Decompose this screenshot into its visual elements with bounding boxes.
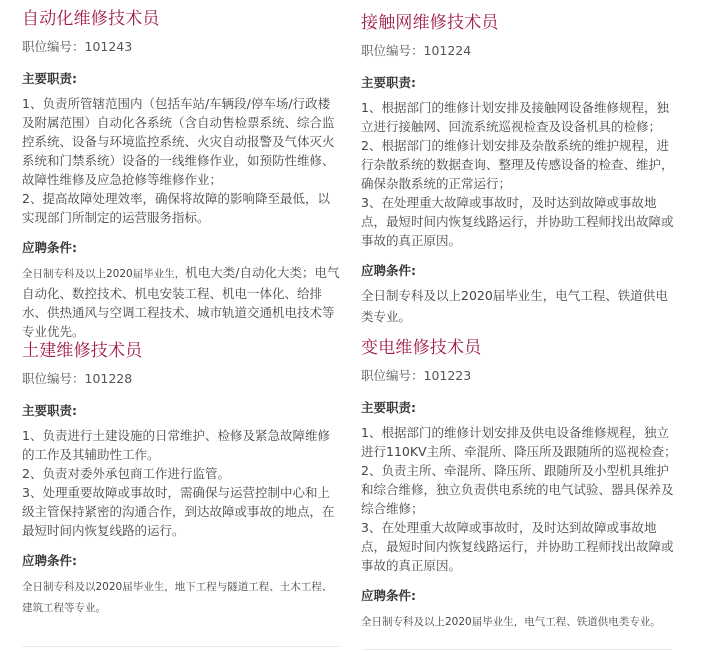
job-title: 变电维修技术员 <box>361 337 679 359</box>
requirements-text: 全日制专科及以上2020届毕业生，机电大类/自动化大类；电气自动化、数控技术、机… <box>22 263 340 341</box>
job-card-civil: 土建维修技术员 职位编号：101228 主要职责: 1、负责进行土建设施的日常维… <box>22 340 340 618</box>
duty-item: 1、根据部门的维修计划安排及供电设备维修规程，独立进行110KV主所、牵混所、降… <box>361 423 679 461</box>
duty-item: 2、负责主所、牵混所、降压所、跟随所及小型机具维护和综合维修，独立负责供电系统的… <box>361 461 679 518</box>
requirements-main-part: 全日制专科及以上2020届毕业生，电气工程、铁道供电类专业。 <box>361 288 668 324</box>
duties-list: 1、负责进行土建设施的日常维护、检修及紧急故障维修的工作及其辅助性工作。 2、负… <box>22 426 340 540</box>
duties-list: 1、根据部门的维修计划安排及接触网设备维修规程，独立进行接触网、回流系统巡视检查… <box>361 98 679 250</box>
duty-item: 1、负责进行土建设施的日常维护、检修及紧急故障维修的工作及其辅助性工作。 <box>22 426 340 464</box>
job-card-substation: 变电维修技术员 职位编号：101223 主要职责: 1、根据部门的维修计划安排及… <box>361 337 679 632</box>
duty-item: 3、在处理重大故障或事故时，及时达到故障或事故地点，最短时间内恢复线路运行，并协… <box>361 518 679 575</box>
requirements-heading: 应聘条件: <box>22 552 340 570</box>
duty-item: 2、根据部门的维修计划安排及杂散系统的维护规程，进行杂散系统的数据查询、整理及传… <box>361 136 679 193</box>
requirements-small-part: 全日制专科及以上2020届毕业生， <box>22 268 185 280</box>
duties-heading: 主要职责: <box>22 402 340 420</box>
job-card-automation: 自动化维修技术员 职位编号：101243 主要职责: 1、负责所管辖范围内（包括… <box>22 8 340 341</box>
requirements-heading: 应聘条件: <box>22 239 340 257</box>
job-card-catenary: 接触网维修技术员 职位编号：101224 主要职责: 1、根据部门的维修计划安排… <box>361 12 679 326</box>
duty-item: 2、负责对委外承包商工作进行监管。 <box>22 464 340 483</box>
job-code: 职位编号：101243 <box>22 38 340 56</box>
requirements-text: 全日制专科及以上2020届毕业生，电气工程、铁道供电类专业。 <box>361 611 679 632</box>
requirements-heading: 应聘条件: <box>361 262 679 280</box>
duty-item: 1、根据部门的维修计划安排及接触网设备维修规程，独立进行接触网、回流系统巡视检查… <box>361 98 679 136</box>
duty-item: 1、负责所管辖范围内（包括车站/车辆段/停车场/行政楼及附属范围）自动化各系统（… <box>22 94 340 189</box>
duty-item: 3、在处理重大故障或事故时，及时达到故障或事故地点，最短时间内恢复线路运行，并协… <box>361 193 679 250</box>
left-divider <box>22 646 340 647</box>
requirements-small-part: 全日制专科及以上2020届毕业生，电气工程、铁道供电类专业。 <box>361 616 661 628</box>
duties-heading: 主要职责: <box>361 74 679 92</box>
job-title: 土建维修技术员 <box>22 340 340 362</box>
job-code: 职位编号：101224 <box>361 42 679 60</box>
requirements-small-part: 全日制专科及以2020届毕业生，地下工程与隧道工程、土木工程、建筑工程等专业。 <box>22 581 332 614</box>
duty-item: 2、提高故障处理效率，确保将故障的影响降至最低，以实现部门所制定的运营服务指标。 <box>22 189 340 227</box>
duties-list: 1、负责所管辖范围内（包括车站/车辆段/停车场/行政楼及附属范围）自动化各系统（… <box>22 94 340 227</box>
duty-item: 3、处理重要故障或事故时，需确保与运营控制中心和上级主管保持紧密的沟通合作，到达… <box>22 483 340 540</box>
duties-heading: 主要职责: <box>22 70 340 88</box>
duties-list: 1、根据部门的维修计划安排及供电设备维修规程，独立进行110KV主所、牵混所、降… <box>361 423 679 575</box>
duties-heading: 主要职责: <box>361 399 679 417</box>
requirements-heading: 应聘条件: <box>361 587 679 605</box>
job-code: 职位编号：101228 <box>22 370 340 388</box>
job-title: 接触网维修技术员 <box>361 12 679 34</box>
job-code: 职位编号：101223 <box>361 367 679 385</box>
requirements-text: 全日制专科及以2020届毕业生，地下工程与隧道工程、土木工程、建筑工程等专业。 <box>22 576 340 618</box>
right-divider <box>362 649 672 650</box>
requirements-text: 全日制专科及以上2020届毕业生，电气工程、铁道供电类专业。 <box>361 286 679 326</box>
job-title: 自动化维修技术员 <box>22 8 340 30</box>
